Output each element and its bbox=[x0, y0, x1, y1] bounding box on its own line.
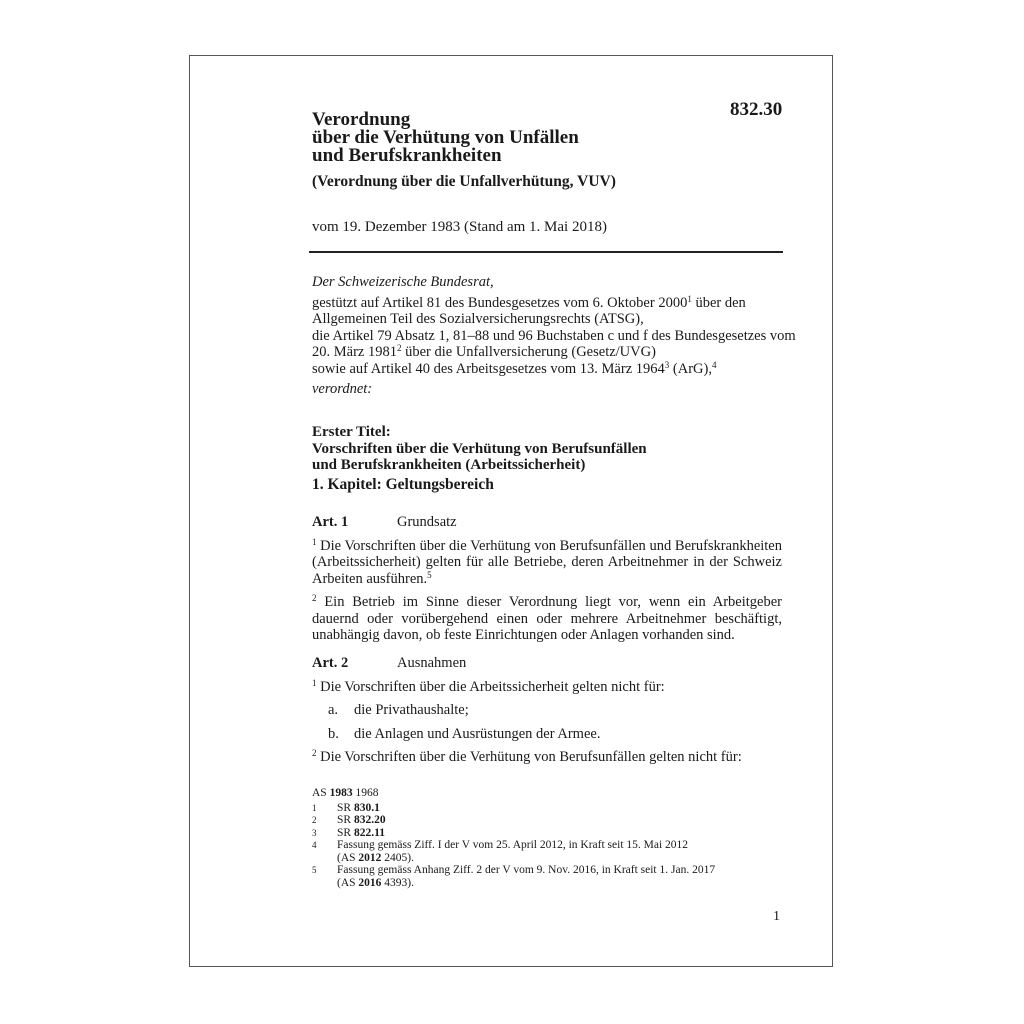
paragraph-number: 1 bbox=[312, 537, 317, 547]
paragraph-number: 2 bbox=[312, 593, 317, 603]
preamble-decree: verordnet: bbox=[312, 381, 792, 398]
footnote-number: 1 bbox=[312, 802, 337, 815]
preamble-issuer: Der Schweizerische Bundesrat, bbox=[312, 274, 792, 291]
footnote-ref[interactable]: 5 bbox=[427, 570, 432, 580]
page-number: 1 bbox=[773, 909, 780, 925]
article-number: Art. 1 bbox=[312, 514, 397, 531]
paragraph-number: 1 bbox=[312, 678, 317, 688]
chapter-heading: 1. Kapitel: Geltungsbereich bbox=[312, 476, 494, 494]
paragraph-number: 2 bbox=[312, 748, 317, 758]
footnote-item: 4 Fassung gemäss Ziff. I der V vom 25. A… bbox=[312, 839, 792, 864]
exception-list: a.die Privathaushalte; b.die Anlagen und… bbox=[312, 702, 782, 742]
article-paragraph: 2 Ein Betrieb im Sinne dieser Verordnung… bbox=[312, 594, 782, 644]
part-heading: Erster Titel: Vorschriften über die Verh… bbox=[312, 424, 647, 474]
title-line: und Berufskrankheiten bbox=[312, 147, 732, 165]
part-heading-line: und Berufskrankheiten (Arbeitssicherheit… bbox=[312, 457, 647, 474]
article-paragraph: 2 Die Vorschriften über die Verhütung vo… bbox=[312, 749, 782, 766]
footnote-number: 2 bbox=[312, 814, 337, 827]
article-heading: Art. 2 Ausnahmen bbox=[312, 655, 782, 672]
preamble: Der Schweizerische Bundesrat, gestützt a… bbox=[312, 274, 792, 398]
footnotes: AS 1983 1968 1 SR 830.1 2 SR 832.20 3 SR… bbox=[312, 787, 792, 889]
list-item: a.die Privathaushalte; bbox=[312, 702, 782, 719]
list-text: die Privathaushalte; bbox=[354, 702, 469, 719]
short-title: (Verordnung über die Unfallverhütung, VU… bbox=[312, 173, 616, 191]
date-line: vom 19. Dezember 1983 (Stand am 1. Mai 2… bbox=[312, 219, 607, 236]
article-1: Art. 1 Grundsatz 1 Die Vorschriften über… bbox=[312, 514, 782, 651]
basis-line: 20. März 19812 über die Unfallversicheru… bbox=[312, 344, 792, 361]
article-paragraph: 1 Die Vorschriften über die Verhütung vo… bbox=[312, 538, 782, 588]
list-letter: b. bbox=[312, 726, 354, 743]
list-letter: a. bbox=[312, 702, 354, 719]
basis-line: sowie auf Artikel 40 des Arbeitsgesetzes… bbox=[312, 361, 792, 378]
footnote-number: 5 bbox=[312, 864, 337, 889]
article-title: Ausnahmen bbox=[397, 655, 466, 672]
sr-number: 832.30 bbox=[730, 99, 782, 121]
list-item: b.die Anlagen und Ausrüstungen der Armee… bbox=[312, 726, 782, 743]
footnote-number: 3 bbox=[312, 827, 337, 840]
footnote-number: 4 bbox=[312, 839, 337, 864]
footnote-ref[interactable]: 4 bbox=[712, 360, 717, 370]
article-heading: Art. 1 Grundsatz bbox=[312, 514, 782, 531]
as-reference: AS 1983 1968 bbox=[312, 787, 792, 800]
article-paragraph: 1 Die Vorschriften über die Arbeitssiche… bbox=[312, 679, 782, 696]
article-2: Art. 2 Ausnahmen 1 Die Vorschriften über… bbox=[312, 655, 782, 773]
footnote-item: 2 SR 832.20 bbox=[312, 814, 792, 827]
basis-line: gestützt auf Artikel 81 des Bundesgesetz… bbox=[312, 295, 792, 312]
part-heading-line: Vorschriften über die Verhütung von Beru… bbox=[312, 441, 647, 458]
footnote-item: 3 SR 822.11 bbox=[312, 827, 792, 840]
article-title: Grundsatz bbox=[397, 514, 457, 531]
article-number: Art. 2 bbox=[312, 655, 397, 672]
part-heading-line: Erster Titel: bbox=[312, 424, 647, 441]
basis-line: die Artikel 79 Absatz 1, 81–88 und 96 Bu… bbox=[312, 328, 792, 345]
document-title: Verordnung über die Verhütung von Unfäll… bbox=[312, 111, 732, 165]
footnote-item: 1 SR 830.1 bbox=[312, 802, 792, 815]
footnote-item: 5 Fassung gemäss Anhang Ziff. 2 der V vo… bbox=[312, 864, 792, 889]
preamble-basis: gestützt auf Artikel 81 des Bundesgesetz… bbox=[312, 295, 792, 378]
basis-line: Allgemeinen Teil des Sozialversicherungs… bbox=[312, 311, 792, 328]
header-rule bbox=[309, 251, 783, 253]
list-text: die Anlagen und Ausrüstungen der Armee. bbox=[354, 726, 600, 743]
